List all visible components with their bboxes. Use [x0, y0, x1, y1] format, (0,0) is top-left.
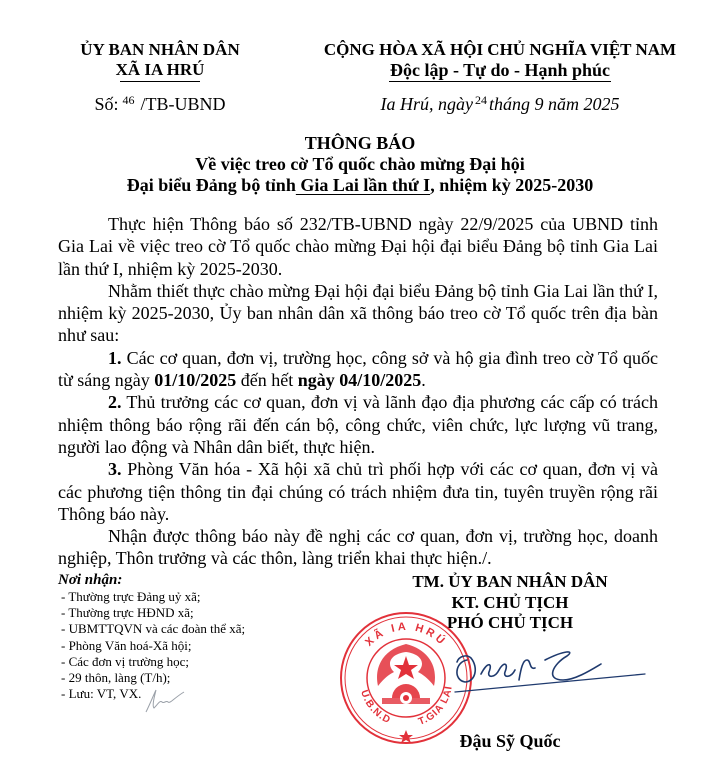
svg-text:U.B.N.D: U.B.N.D [358, 689, 392, 727]
nation-name: CỘNG HÒA XÃ HỘI CHỦ NGHĨA VIỆT NAM [300, 40, 700, 60]
doc-number-label: Số: [94, 94, 118, 114]
national-motto: Độc lập - Tự do - Hạnh phúc [300, 60, 700, 81]
document-title: THÔNG BÁO Về việc treo cờ Tổ quốc chào m… [70, 133, 650, 196]
body-item-2: 2. Thủ trưởng các cơ quan, đơn vị và lãn… [58, 391, 658, 458]
document-date: Ia Hrú, ngày24tháng 9 năm 2025 [300, 89, 700, 115]
item-text: . [421, 370, 426, 390]
recipient-item: - Thường trực Đảng uỷ xã; [58, 589, 338, 605]
agency-underline [120, 81, 200, 82]
recipient-item: - Các đơn vị trường học; [58, 654, 338, 670]
document-number: Số:46/TB-UBND [60, 89, 260, 115]
item-text: đến hết [236, 370, 297, 390]
doc-number-value: 46 [123, 93, 135, 107]
title-subject-line1: Về việc treo cờ Tổ quốc chào mừng Đại hộ… [70, 154, 650, 175]
item-number: 3. [108, 459, 122, 479]
body-paragraph-reference: Thực hiện Thông báo số 232/TB-UBND ngày … [58, 213, 658, 280]
signature-authority: TM. ỦY BAN NHÂN DÂN [360, 572, 660, 593]
recipients-heading: Nơi nhận: [58, 572, 338, 589]
date-day: 24 [475, 93, 487, 107]
date-month-year: tháng 9 năm 2025 [489, 94, 620, 114]
title-underlined-part: Gia Lai lần thứ I [296, 175, 430, 195]
body-closing: Nhận được thông báo này đề nghị các cơ q… [58, 525, 658, 570]
national-header: CỘNG HÒA XÃ HỘI CHỦ NGHĨA VIỆT NAM Độc l… [300, 40, 700, 115]
issuing-agency-header: ỦY BAN NHÂN DÂN XÃ IA HRÚ Số:46/TB-UBND [60, 40, 260, 115]
body-item-1: 1. Các cơ quan, đơn vị, trường học, công… [58, 347, 658, 392]
body-item-3: 3. Phòng Văn hóa - Xã hội xã chủ trì phố… [58, 458, 658, 525]
title-subject-line2: Đại biểu Đảng bộ tỉnh Gia Lai lần thứ I,… [70, 175, 650, 196]
date-place: Ia Hrú, ngày [381, 94, 474, 114]
motto-underline [389, 81, 611, 82]
recipients-list: Nơi nhận: - Thường trực Đảng uỷ xã; - Th… [58, 572, 338, 702]
end-date: ngày 04/10/2025 [298, 370, 422, 390]
item-number: 1. [108, 348, 122, 368]
item-number: 2. [108, 392, 122, 412]
handwritten-signature-icon [395, 640, 650, 700]
body-paragraph-purpose: Nhằm thiết thực chào mừng Đại hội đại bi… [58, 280, 658, 347]
title-type: THÔNG BÁO [70, 133, 650, 154]
recipient-item: - 29 thôn, làng (T/h); [58, 670, 338, 686]
agency-name: ỦY BAN NHÂN DÂN [60, 40, 260, 60]
commune-name: XÃ IA HRÚ [60, 60, 260, 80]
title-part: Đại biểu Đảng bộ tỉnh [127, 175, 296, 195]
initials-mark-icon [140, 686, 190, 716]
title-part: , nhiệm kỳ 2025-2030 [430, 175, 593, 195]
recipient-item: - Lưu: VT, VX. [58, 686, 338, 702]
item-text: Thủ trưởng các cơ quan, đơn vị và lãnh đ… [58, 392, 658, 457]
document-body: Thực hiện Thông báo số 232/TB-UBND ngày … [58, 213, 658, 570]
recipient-item: - UBMTTQVN và các đoàn thể xã; [58, 621, 338, 637]
recipient-item: - Thường trực HĐND xã; [58, 605, 338, 621]
signer-name: Đậu Sỹ Quốc [360, 730, 660, 752]
start-date: 01/10/2025 [154, 370, 236, 390]
doc-number-code: /TB-UBND [141, 94, 226, 114]
recipient-item: - Phòng Văn hoá-Xã hội; [58, 638, 338, 654]
item-text: Phòng Văn hóa - Xã hội xã chủ trì phối h… [58, 459, 658, 524]
